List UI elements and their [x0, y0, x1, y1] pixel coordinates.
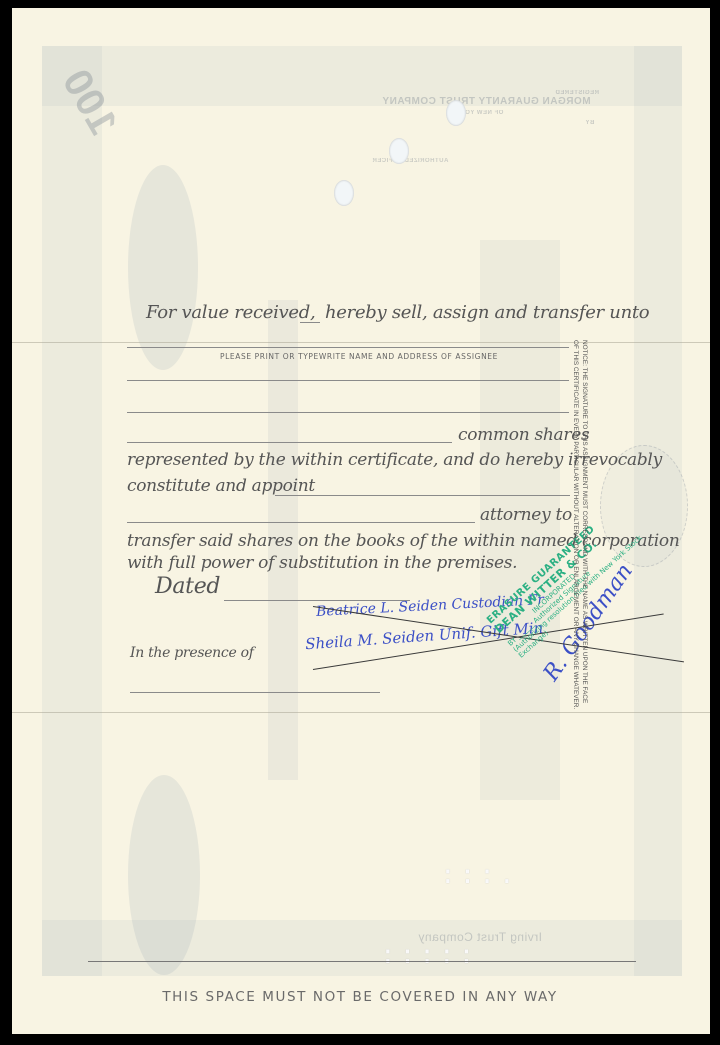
witness-signature-line[interactable] [130, 692, 380, 693]
full-power-text: with full power of substitution in the p… [127, 553, 517, 573]
notice-line-2: OF THIS CERTIFICATE IN EVERY PARTICULAR … [571, 340, 580, 352]
assignor-blank-line[interactable] [300, 322, 320, 323]
dated-label: Dated [155, 574, 220, 599]
fold-line [12, 712, 710, 713]
constitute-appoint-text: constitute and appoint [127, 476, 315, 496]
ghost-vignette-bottom [128, 775, 200, 975]
signature-notice: NOTICE: THE SIGNATURE TO THIS ASSIGNMENT… [571, 340, 589, 352]
common-shares-label: common shares [458, 425, 589, 445]
punch-hole [389, 138, 409, 164]
footer-warning: THIS SPACE MUST NOT BE COVERED IN ANY WA… [0, 989, 720, 1005]
attorney-name-line-1[interactable] [275, 495, 570, 496]
ghost-vignette-top [128, 165, 198, 370]
perforation-cancel-1: :::. [440, 860, 519, 890]
punch-hole [334, 180, 354, 206]
fold-line [12, 342, 710, 343]
shares-count-line[interactable] [127, 442, 452, 443]
sell-assign-transfer-text: hereby sell, assign and transfer unto [325, 302, 649, 323]
attorney-to-label: attorney to [480, 505, 572, 525]
in-presence-of-label: In the presence of [130, 645, 254, 661]
ghost-authorized-officer: AUTHORIZED OFFICER [372, 158, 448, 164]
ghost-border-left [42, 46, 102, 976]
notice-line-1: NOTICE: THE SIGNATURE TO THIS ASSIGNMENT… [580, 340, 589, 352]
for-value-received-text: For value received, [146, 302, 315, 323]
ghost-registrar-name: MORGAN GUARANTY TRUST COMPANY [382, 96, 591, 107]
assignee-address-line-2[interactable] [127, 412, 569, 413]
attorney-name-line-2[interactable] [127, 522, 475, 523]
perforation-cancel-2: ::::: [380, 940, 478, 970]
footer-rule [88, 961, 636, 962]
assignee-caption: PLEASE PRINT OR TYPEWRITE NAME AND ADDRE… [220, 352, 498, 361]
assignee-name-line[interactable] [127, 347, 569, 348]
assignee-address-line-1[interactable] [127, 380, 569, 381]
ghost-by: BY [585, 120, 594, 126]
punch-hole [446, 100, 466, 126]
